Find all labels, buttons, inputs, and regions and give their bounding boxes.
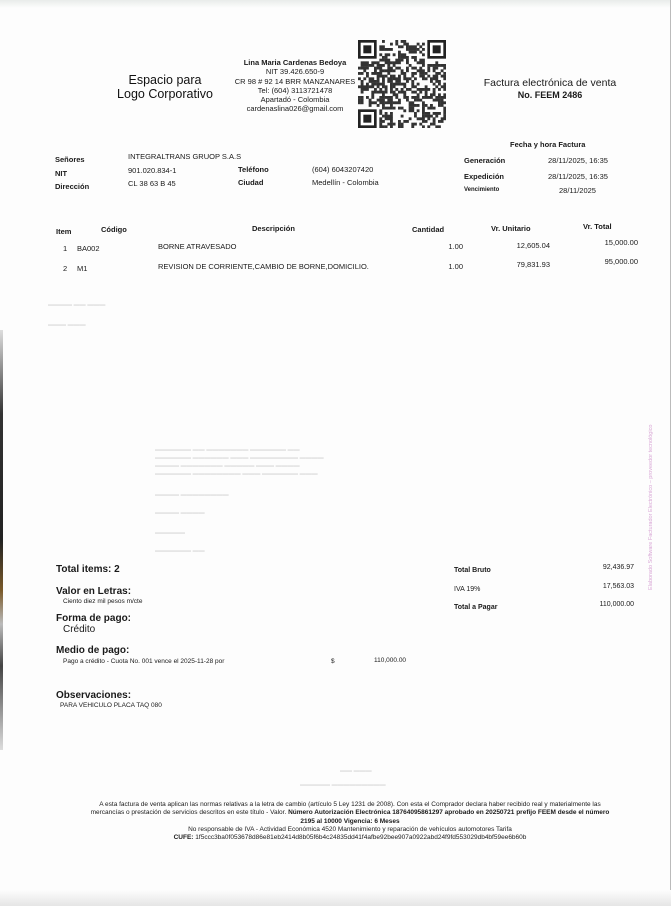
row-description: REVISION DE CORRIENTE,CAMBIO DE BORNE,DO…	[158, 262, 369, 271]
client-address-label: Dirección	[55, 182, 89, 191]
scan-top-edge	[0, 0, 671, 8]
col-description: Descripción	[252, 224, 295, 233]
row-item: 2	[63, 264, 67, 273]
row-unit-price: 79,831.93	[490, 260, 550, 269]
issuer-city: Apartadó - Colombia	[225, 95, 365, 104]
vat-amount: 17,563.03	[570, 583, 634, 590]
amount-in-words-label: Valor en Letras:	[56, 586, 131, 597]
invoice-title-block: Factura electrónica de venta No. FEEM 24…	[470, 77, 630, 101]
invoice-title: Factura electrónica de venta	[470, 77, 630, 89]
total-to-pay-label: Total a Pagar	[454, 604, 497, 611]
client-phone: (604) 6043207420	[312, 165, 373, 174]
payment-method-label: Medio de pago:	[56, 645, 129, 656]
cufe-line: CUFE: 1f5ccc3ba0f053678d86e81eb2414d8b05…	[60, 834, 640, 842]
row-quantity: 1.00	[420, 242, 463, 251]
col-item: Item	[56, 227, 71, 236]
row-description: BORNE ATRAVESADO	[158, 242, 237, 251]
row-quantity: 1.00	[420, 262, 463, 271]
col-unit-price: Vr. Unitario	[491, 224, 531, 233]
logo-line-2: Logo Corporativo	[100, 87, 230, 101]
issuer-info: Lina Maria Cardenas Bedoya NIT 39.426.65…	[225, 58, 365, 114]
payment-form: Crédito	[63, 624, 95, 635]
row-code: M1	[77, 264, 87, 273]
scan-bottom-edge	[0, 890, 671, 906]
issuer-email: cardenaslina026@gmail.com	[225, 104, 365, 113]
generation-date: 28/11/2025, 16:35	[548, 156, 608, 165]
logo-line-1: Espacio para	[100, 73, 230, 87]
row-code: BA002	[77, 244, 100, 253]
software-provider-note: Elaborado Software Facturador Electrónic…	[648, 425, 654, 590]
client-phone-label: Teléfono	[238, 165, 269, 174]
issue-date: 28/11/2025, 16:35	[548, 172, 608, 181]
gross-total: 92,436.97	[570, 564, 634, 571]
issuer-nit: NIT 39.426.650-9	[225, 67, 365, 76]
row-unit-price: 12,605.04	[490, 241, 550, 250]
row-total: 95,000.00	[578, 257, 638, 266]
issuer-name: Lina Maria Cardenas Bedoya	[225, 58, 365, 67]
payment-amount: 110,000.00	[374, 657, 406, 664]
client-name: INTEGRALTRANS GRUOP S.A.S	[128, 152, 241, 161]
tax-activity: No responsable de IVA - Actividad Económ…	[60, 826, 640, 834]
client-name-label: Señores	[55, 155, 85, 164]
row-total: 15,000.00	[578, 238, 638, 247]
scan-left-edge	[0, 330, 3, 750]
total-to-pay: 110,000.00	[570, 601, 634, 608]
issuer-phone: Tel: (604) 3113721478	[225, 86, 365, 95]
gross-total-label: Total Bruto	[454, 567, 491, 574]
cufe-label: CUFE:	[174, 834, 194, 841]
client-city-label: Ciudad	[238, 178, 263, 187]
payment-form-label: Forma de pago:	[56, 613, 131, 624]
client-address: CL 38 63 B 45	[128, 179, 176, 188]
qr-code-icon	[358, 40, 446, 128]
dates-header: Fecha y hora Factura	[510, 140, 585, 149]
invoice-number: No. FEEM 2486	[470, 89, 630, 101]
client-city: Medellín - Colombia	[312, 178, 379, 187]
legal-line-2: mercancías o prestación de servicios des…	[60, 809, 640, 817]
observations-label: Observaciones:	[56, 690, 131, 701]
col-total: Vr. Total	[583, 222, 612, 231]
observations: PARA VEHICULO PLACA TAQ 080	[60, 702, 162, 709]
legal-footer: A esta factura de venta aplican las norm…	[60, 801, 640, 842]
logo-placeholder: Espacio para Logo Corporativo	[100, 73, 230, 101]
legal-line-1: A esta factura de venta aplican las norm…	[60, 801, 640, 809]
due-date: 28/11/2025	[559, 186, 596, 195]
issuer-address: CR 98 # 92 14 BRR MANZANARES	[225, 77, 365, 86]
generation-label: Generación	[464, 156, 505, 165]
authorization-range: 2195 al 10000 Vigencia: 6 Meses	[300, 818, 399, 825]
row-item: 1	[63, 244, 67, 253]
client-nit-label: NIT	[55, 169, 67, 178]
amount-in-words: Ciento diez mil pesos m/cte	[63, 598, 142, 605]
payment-method: Pago a crédito - Cuota No. 001 vence el …	[63, 658, 224, 665]
col-code: Código	[101, 225, 127, 234]
payment-currency: $	[331, 658, 335, 665]
vat-label: IVA 19%	[454, 586, 480, 593]
issue-label: Expedición	[464, 172, 504, 181]
cufe-value: 1f5ccc3ba0f053678d86e81eb2414d8b05f6b4c2…	[195, 834, 526, 841]
total-items: Total items: 2	[56, 564, 120, 575]
col-quantity: Cantidad	[412, 225, 444, 234]
client-nit: 901.020.834-1	[128, 166, 176, 175]
due-label: Vencimiento	[464, 187, 499, 193]
authorization-number: Número Autorización Electrónica 18764095…	[288, 809, 609, 816]
legal-line-2-text: mercancías o prestación de servicios des…	[91, 809, 287, 816]
